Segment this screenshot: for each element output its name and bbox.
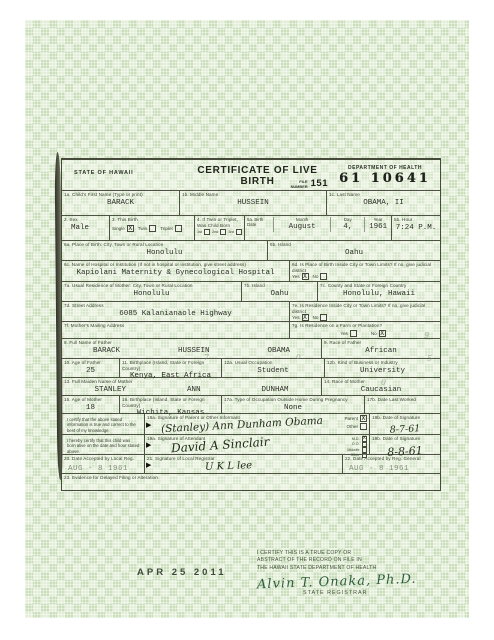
field-1a-first-name: 1a. Child's First Name (Type or print) B… [62, 191, 180, 215]
field-20-label: 20. Date Accepted by Local Reg. [64, 456, 142, 462]
field-7b-value: Oahu [244, 290, 315, 299]
field-1c-label: 1c. Last Name [329, 192, 438, 198]
field-6d-city-limits: 6d. Is Place of Birth Inside City or Tow… [290, 261, 440, 281]
option-7e-no-label: No [313, 315, 319, 320]
field-1a-value: BARACK [64, 199, 177, 208]
option-1st: 1st [197, 229, 210, 235]
option-7e-yes: YesX [292, 314, 309, 321]
option-6d-yes-label: Yes [292, 274, 300, 279]
form-header-row: STATE OF HAWAII CERTIFICATE OF LIVE BIRT… [62, 160, 440, 191]
informant-statement-text: I certify that the above stated informat… [64, 415, 142, 433]
field-7g-label: 7g. Is Residence on a Farm or Plantation… [292, 323, 438, 329]
field-19a-attendant-signature: 19a. Signature of Attendant ▶ David A Si… [145, 435, 370, 454]
pointer-arrow-icon: ▶ [146, 421, 151, 429]
field-22-reg-general-date: 22. Date Accepted by Reg. General AUG - … [343, 455, 440, 473]
father-first: BARACK [93, 347, 120, 356]
field-7a-value: Honolulu [64, 290, 239, 299]
field-7c-label: 7c. County and State or Foreign Country [320, 283, 438, 289]
pencil-mark: 5 [427, 354, 432, 363]
certification-line-2: ABSTRACT OF THE RECORD ON FILE IN [257, 557, 447, 564]
day-value: 4, [331, 223, 364, 232]
field-6b-label: 6b. Island [270, 242, 438, 248]
field-13-label: 13. Full Maiden Name of Mother [64, 379, 319, 385]
field-1a-label: 1a. Child's First Name (Type or print) [64, 192, 177, 198]
file-number-label: FILE NUMBER [291, 180, 308, 189]
field-9-label: 9. Race of Father [324, 340, 438, 346]
pointer-arrow-icon: ▶ [146, 461, 151, 469]
pencil-mark: > [419, 301, 426, 310]
option-6d-no-label: No [313, 274, 319, 279]
option-1st-checkbox [204, 229, 210, 235]
field-10-value: 25 [64, 367, 117, 376]
field-2-sex: 2. Sex Male [62, 216, 110, 240]
mother-first: STANLEY [94, 386, 126, 395]
option-3rd: 3rd [228, 229, 242, 235]
field-6d-options: YesX No [292, 273, 438, 280]
attendant-statement-text: I hereby certify that this child was bor… [64, 436, 142, 454]
field-3-this-birth: 3. This Birth SingleX Twin Triplet [110, 216, 195, 240]
field-7a-label: 7a. Usual Residence of Mother: City, Tow… [64, 283, 239, 289]
option-parent: ParentX [344, 415, 367, 422]
pencil-mark: o [296, 352, 301, 361]
option-6d-yes-checkbox: X [302, 273, 309, 280]
option-7g-yes: Yes [340, 330, 357, 337]
option-1st-label: 1st [197, 230, 202, 234]
field-8-father-name: 8. Full Name of Father BARACK HUSSEIN OB… [62, 339, 322, 358]
informant-statement: I certify that the above stated informat… [62, 414, 145, 434]
field-16-mother-birthplace: 16. Birthplace (Island, State or Foreign… [120, 396, 222, 413]
row-attendant-signature: I hereby certify that this child was bor… [62, 435, 440, 455]
field-17a-occupation-pregnancy: 17a. Type of Occupation Outside Home Dur… [222, 396, 365, 413]
option-twin: Twin [138, 225, 156, 232]
birth-date-group: 5a. Birth Date Month August Day 4, Year … [247, 217, 391, 232]
birth-certificate-form: STATE OF HAWAII CERTIFICATE OF LIVE BIRT… [61, 158, 441, 491]
year-value: 1961 [365, 223, 391, 232]
field-8-label: 8. Full Name of Father [64, 340, 319, 346]
field-7d-street-address: 7d. Street Address 6085 Kalanianaole Hig… [62, 302, 290, 321]
certificate-number-stamp: 61 10641 [332, 171, 438, 186]
option-other-informant: Other [344, 423, 367, 430]
field-5b-label: 5b. Hour [394, 217, 438, 223]
field-12b-value: University [327, 367, 438, 376]
field-6c-hospital: 6c. Name of Hospital or Institution (If … [62, 261, 290, 281]
field-17b-date-last-worked: 17b. Date Last Worked [365, 396, 440, 413]
option-3rd-label: 3rd [228, 230, 234, 234]
field-7f-mailing-address: 7f. Mother's Mailing Address [62, 322, 290, 338]
mother-middle: ANN [187, 386, 201, 395]
field-12b-industry: 12b. Kind of Business or Industry Univer… [325, 359, 440, 377]
father-last: OBAMA [267, 347, 290, 356]
birth-date-month: Month August [273, 217, 331, 232]
row-sex-birthdate: 2. Sex Male 3. This Birth SingleX Twin T… [62, 216, 440, 241]
field-1b-label: 1b. Middle Name [182, 192, 324, 198]
option-6d-no: No [313, 273, 328, 280]
field-21-registrar-signature: 21. Signature of Local Registrar ▶ U K L… [145, 455, 343, 473]
field-12a-value: Student [224, 367, 322, 376]
field-6a-place-of-birth: 6a. Place of Birth: City, Town or Rural … [62, 241, 268, 260]
option-twin-label: Twin [138, 226, 147, 231]
field-22-label: 22. Date Accepted by Reg. General [345, 456, 438, 462]
field-3-label: 3. This Birth [112, 217, 192, 223]
field-8-value: BARACK HUSSEIN OBAMA [64, 347, 319, 356]
pencil-mark: 7 [204, 353, 209, 362]
field-7e-label: 7e. Is Residence Inside City or Town Lim… [292, 303, 438, 314]
field-17a-label: 17a. Type of Occupation Outside Home Dur… [224, 397, 362, 403]
mother-maiden: DUNHAM [261, 386, 288, 395]
header-title: CERTIFICATE OF LIVE BIRTH FILE NUMBER 15… [185, 160, 330, 190]
field-1b-value: HUSSEIN [182, 199, 324, 208]
security-paper-background: STATE OF HAWAII CERTIFICATE OF LIVE BIRT… [25, 20, 469, 618]
field-17b-label: 17b. Date Last Worked [367, 397, 438, 403]
field-1c-last-name: 1c. Last Name OBAMA, II [327, 191, 440, 215]
option-do-label: D.O. [352, 442, 359, 446]
field-15-value: 18 [64, 404, 117, 413]
file-number-block: FILE NUMBER 151 [291, 178, 328, 189]
day-header: Day [331, 217, 364, 222]
field-10-father-age: 10. Age of Father 25 [62, 359, 120, 377]
field-4-twin-order: 4. If Twin or Triplet, Was Child Born 1s… [195, 216, 245, 240]
option-single-label: Single [112, 226, 125, 231]
date-received-stamp: APR 25 2011 [137, 567, 227, 578]
field-7d-label: 7d. Street Address [64, 303, 287, 309]
field-1b-middle-name: 1b. Middle Name HUSSEIN [180, 191, 327, 215]
field-20-value: AUG - 8 1961 [64, 465, 142, 473]
option-2nd-checkbox [220, 229, 226, 235]
field-6b-value: Oahu [270, 249, 438, 258]
option-7g-yes-label: Yes [340, 331, 348, 336]
field-10-label: 10. Age of Father [64, 360, 117, 366]
month-value: August [274, 223, 331, 232]
option-7e-yes-label: Yes [292, 315, 300, 320]
certification-line-1: I CERTIFY THIS IS A TRUE COPY OR [257, 550, 447, 557]
month-header: Month [274, 217, 331, 222]
header-state: STATE OF HAWAII [62, 160, 185, 190]
field-7b-label: 7b. Island [244, 283, 315, 289]
field-5a-birth-date: 5a. Birth Date Month August Day 4, Year … [245, 216, 392, 240]
birth-date-day: Day 4, [330, 217, 364, 232]
option-6d-no-checkbox [320, 273, 327, 280]
field-6d-label: 6d. Is Place of Birth Inside City or Tow… [292, 262, 438, 273]
field-6c-label: 6c. Name of Hospital or Institution (If … [64, 262, 287, 268]
option-7e-no: No [313, 314, 328, 321]
field-7e-residence-limits: 7e. Is Residence Inside City or Town Lim… [290, 302, 440, 321]
row-mailing-address: 7f. Mother's Mailing Address 7g. Is Resi… [62, 322, 440, 339]
registrar-signature: U K L lee [205, 460, 252, 473]
row-place-of-birth: 6a. Place of Birth: City, Town or Rural … [62, 241, 440, 261]
file-number-stamp: 151 [311, 178, 328, 189]
field-18a-informant-signature: 18a. Signature of Parent or Other Inform… [145, 414, 370, 434]
field-7g-farm: 7g. Is Residence on a Farm or Plantation… [290, 322, 440, 338]
field-16-label: 16. Birthplace (Island, State or Foreign… [122, 397, 219, 408]
option-parent-label: Parent [344, 416, 358, 421]
option-7g-no-checkbox: X [379, 330, 386, 337]
field-5b-hour: 5b. Hour 7:24 P.M. [392, 216, 440, 240]
option-md-label: M.D. [352, 437, 360, 441]
field-17a-value: None [224, 404, 362, 413]
row-father-details: 10. Age of Father 25 11. Birthplace (Isl… [62, 359, 440, 378]
field-5b-value: 7:24 P.M. [394, 224, 438, 233]
row-mother-details: 15. Age of Mother 18 16. Birthplace (Isl… [62, 396, 440, 414]
field-13-mother-name: 13. Full Maiden Name of Mother STANLEY A… [62, 378, 322, 395]
field-6b-island: 6b. Island Oahu [268, 241, 440, 260]
option-6d-yes: YesX [292, 273, 309, 280]
option-triplet-label: Triplet [160, 226, 173, 231]
field-7c-county: 7c. County and State or Foreign Country … [318, 282, 440, 301]
field-12a-occupation: 12a. Usual Occupation Student [222, 359, 325, 377]
field-15-label: 15. Age of Mother [64, 397, 117, 403]
row-mother-residence: 7a. Usual Residence of Mother: City, Tow… [62, 282, 440, 302]
field-9-father-race: 9. Race of Father African [322, 339, 440, 358]
field-7a-residence: 7a. Usual Residence of Mother: City, Tow… [62, 282, 242, 301]
option-7g-no: NoX [371, 330, 386, 337]
field-7d-value: 6085 Kalanianaole Highway [64, 310, 287, 319]
field-2-value: Male [64, 224, 107, 233]
option-7g-no-label: No [371, 331, 377, 336]
scanned-birth-certificate-page: STATE OF HAWAII CERTIFICATE OF LIVE BIRT… [0, 0, 494, 640]
row-registrar: 20. Date Accepted by Local Reg. AUG - 8 … [62, 455, 440, 474]
field-7b-island: 7b. Island Oahu [242, 282, 318, 301]
row-informant-signature: I certify that the above stated informat… [62, 414, 440, 435]
option-2nd-label: 2nd [212, 230, 218, 234]
field-23-label: 23. Evidence for Delayed Filing or Alter… [64, 475, 438, 481]
option-single-checkbox: X [127, 225, 134, 232]
state-registrar-title: STATE REGISTRAR [303, 590, 447, 596]
header-department: DEPARTMENT OF HEALTH 61 10641 [330, 160, 440, 190]
field-12a-label: 12a. Usual Occupation [224, 360, 322, 366]
field-5a-label: 5a. Birth Date [247, 217, 273, 232]
pointer-arrow-icon: ▶ [146, 441, 151, 449]
field-3-options: SingleX Twin Triplet [112, 225, 192, 232]
option-7e-yes-checkbox: X [302, 314, 309, 321]
row-hospital: 6c. Name of Hospital or Institution (If … [62, 261, 440, 282]
field-22-value: AUG - 8 1961 [345, 465, 438, 473]
field-18b-signature-date: 18b. Date of Signature 8-7-61 [370, 414, 440, 434]
option-other-informant-checkbox [360, 423, 367, 430]
option-triplet: Triplet [160, 225, 182, 232]
option-7e-no-checkbox [320, 314, 327, 321]
row-father-name: 8. Full Name of Father BARACK HUSSEIN OB… [62, 339, 440, 359]
option-twin-checkbox [149, 225, 156, 232]
field-19b-signature-date: 19b. Date of Signature 8-8-61 [370, 435, 440, 454]
pencil-mark: 0 [381, 378, 386, 387]
field-7e-options: YesX No [292, 314, 438, 321]
field-19b-label: 19b. Date of Signature [372, 436, 438, 442]
field-12b-label: 12b. Kind of Business or Industry [327, 360, 438, 366]
field-4-options: 1st 2nd 3rd [197, 229, 242, 235]
row-child-name: 1a. Child's First Name (Type or print) B… [62, 191, 440, 216]
field-1c-value: OBAMA, II [329, 199, 438, 208]
field-18b-label: 18b. Date of Signature [372, 415, 438, 421]
year-header: Year [365, 217, 391, 222]
option-7g-yes-checkbox [350, 330, 357, 337]
file-label-line2: NUMBER [291, 185, 308, 189]
option-3rd-checkbox [236, 229, 242, 235]
state-of-hawaii-label: STATE OF HAWAII [74, 170, 183, 176]
pencil-mark: 9 [424, 331, 429, 340]
birth-date-year: Year 1961 [364, 217, 391, 232]
field-6c-value: Kapiolani Maternity & Gynecological Hosp… [64, 269, 287, 278]
option-2nd: 2nd [212, 229, 226, 235]
field-6a-value: Honolulu [64, 249, 265, 258]
field-2-label: 2. Sex [64, 217, 107, 223]
field-13-value: STANLEY ANN DUNHAM [64, 386, 319, 395]
field-9-value: African [324, 347, 438, 356]
attendant-statement: I hereby certify that this child was bor… [62, 435, 145, 454]
field-6a-label: 6a. Place of Birth: City, Town or Rural … [64, 242, 265, 248]
row-delayed-filing: 23. Evidence for Delayed Filing or Alter… [62, 474, 440, 490]
option-other-informant-label: Other [347, 424, 359, 429]
certification-block: I CERTIFY THIS IS A TRUE COPY OR ABSTRAC… [257, 550, 447, 596]
field-7c-value: Honolulu, Hawaii [320, 290, 438, 299]
field-18a-options: ParentX Other [344, 415, 367, 431]
field-4-label: 4. If Twin or Triplet, Was Child Born [197, 217, 242, 228]
row-street-address: 7d. Street Address 6085 Kalanianaole Hig… [62, 302, 440, 322]
option-midwife-label: Midwife [347, 448, 359, 452]
option-parent-checkbox: X [360, 415, 367, 422]
option-single: SingleX [112, 225, 134, 232]
field-15-mother-age: 15. Age of Mother 18 [62, 396, 120, 413]
field-23-delayed-filing: 23. Evidence for Delayed Filing or Alter… [62, 474, 440, 490]
field-7g-options: Yes NoX [292, 330, 438, 337]
field-20-local-reg-date: 20. Date Accepted by Local Reg. AUG - 8 … [62, 455, 145, 473]
option-triplet-checkbox [175, 225, 182, 232]
field-7f-label: 7f. Mother's Mailing Address [64, 323, 287, 329]
